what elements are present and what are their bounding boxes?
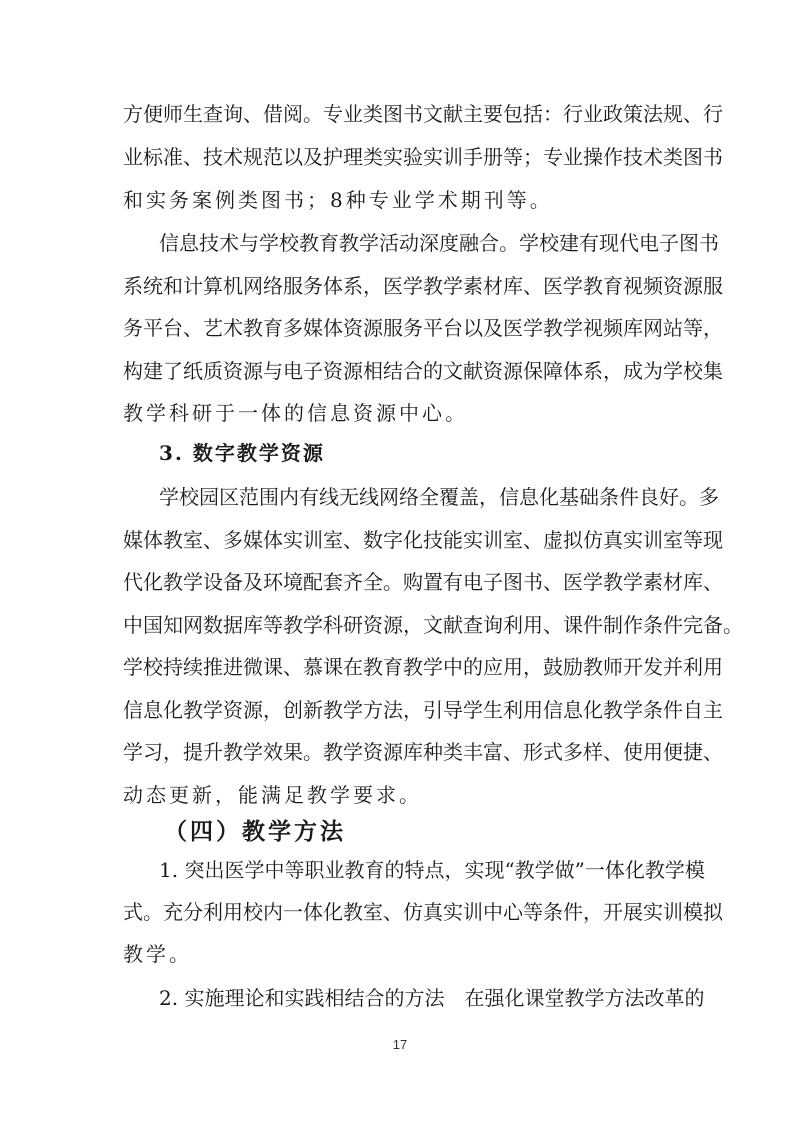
paragraph-line: 式。充分利用校内一体化教室、仿真实训中心等条件，开展实训模拟 [123,897,679,927]
paragraph-line: 媒体教室、多媒体实训室、数字化技能实训室、虚拟仿真实训室等现 [123,525,679,555]
paragraph-line: 系统和计算机网络服务体系，医学教学素材库、医学教育视频资源服 [123,271,679,301]
paragraph-line: 代化教学设备及环境配套齐全。购置有电子图书、医学教学素材库、 [123,567,679,597]
paragraph-line: 中国知网数据库等教学科研资源，文献查询利用、课件制作条件完备。 [123,610,679,640]
paragraph-line: 教学科研于一体的信息资源中心。 [123,398,679,428]
document-page: 方便师生查询、借阅。专业类图书文献主要包括：行业政策法规、行 业标准、技术规范以… [0,0,800,1131]
paragraph-line: 学校园区范围内有线无线网络全覆盖，信息化基础条件良好。多 [159,482,679,512]
page-number: 17 [0,1037,800,1052]
paragraph-line: 业标准、技术规范以及护理类实验实训手册等；专业操作技术类图书 [123,142,679,172]
paragraph-line: 2. 实施理论和实践相结合的方法 在强化课堂教学方法改革的 [159,983,679,1013]
paragraph-line: 学习，提升教学效果。教学资源库种类丰富、形式多样、使用便捷、 [123,737,679,767]
section-heading: 3. 数字教学资源 [159,438,325,468]
paragraph-line: 方便师生查询、借阅。专业类图书文献主要包括：行业政策法规、行 [123,99,679,129]
paragraph-line: 信息技术与学校教育教学活动深度融合。学校建有现代电子图书 [159,228,679,258]
paragraph-line: 1. 突出医学中等职业教育的特点，实现“教学做”一体化教学模 [159,855,679,885]
paragraph-line: 教学。 [123,939,679,969]
paragraph-line: 构建了纸质资源与电子资源相结合的文献资源保障体系，成为学校集 [123,356,679,386]
paragraph-line: 动态更新，能满足教学要求。 [123,780,679,810]
paragraph-line: 务平台、艺术教育多媒体资源服务平台以及医学教学视频库网站等， [123,313,679,343]
paragraph-line: 学校持续推进微课、慕课在教育教学中的应用，鼓励教师开发并利用 [123,652,679,682]
paragraph-line: 信息化教学资源，创新教学方法，引导学生利用信息化教学条件自主 [123,695,679,725]
paragraph-line: 和实务案例类图书；8种专业学术期刊等。 [123,185,679,215]
section-heading: （四）教学方法 [164,816,346,848]
